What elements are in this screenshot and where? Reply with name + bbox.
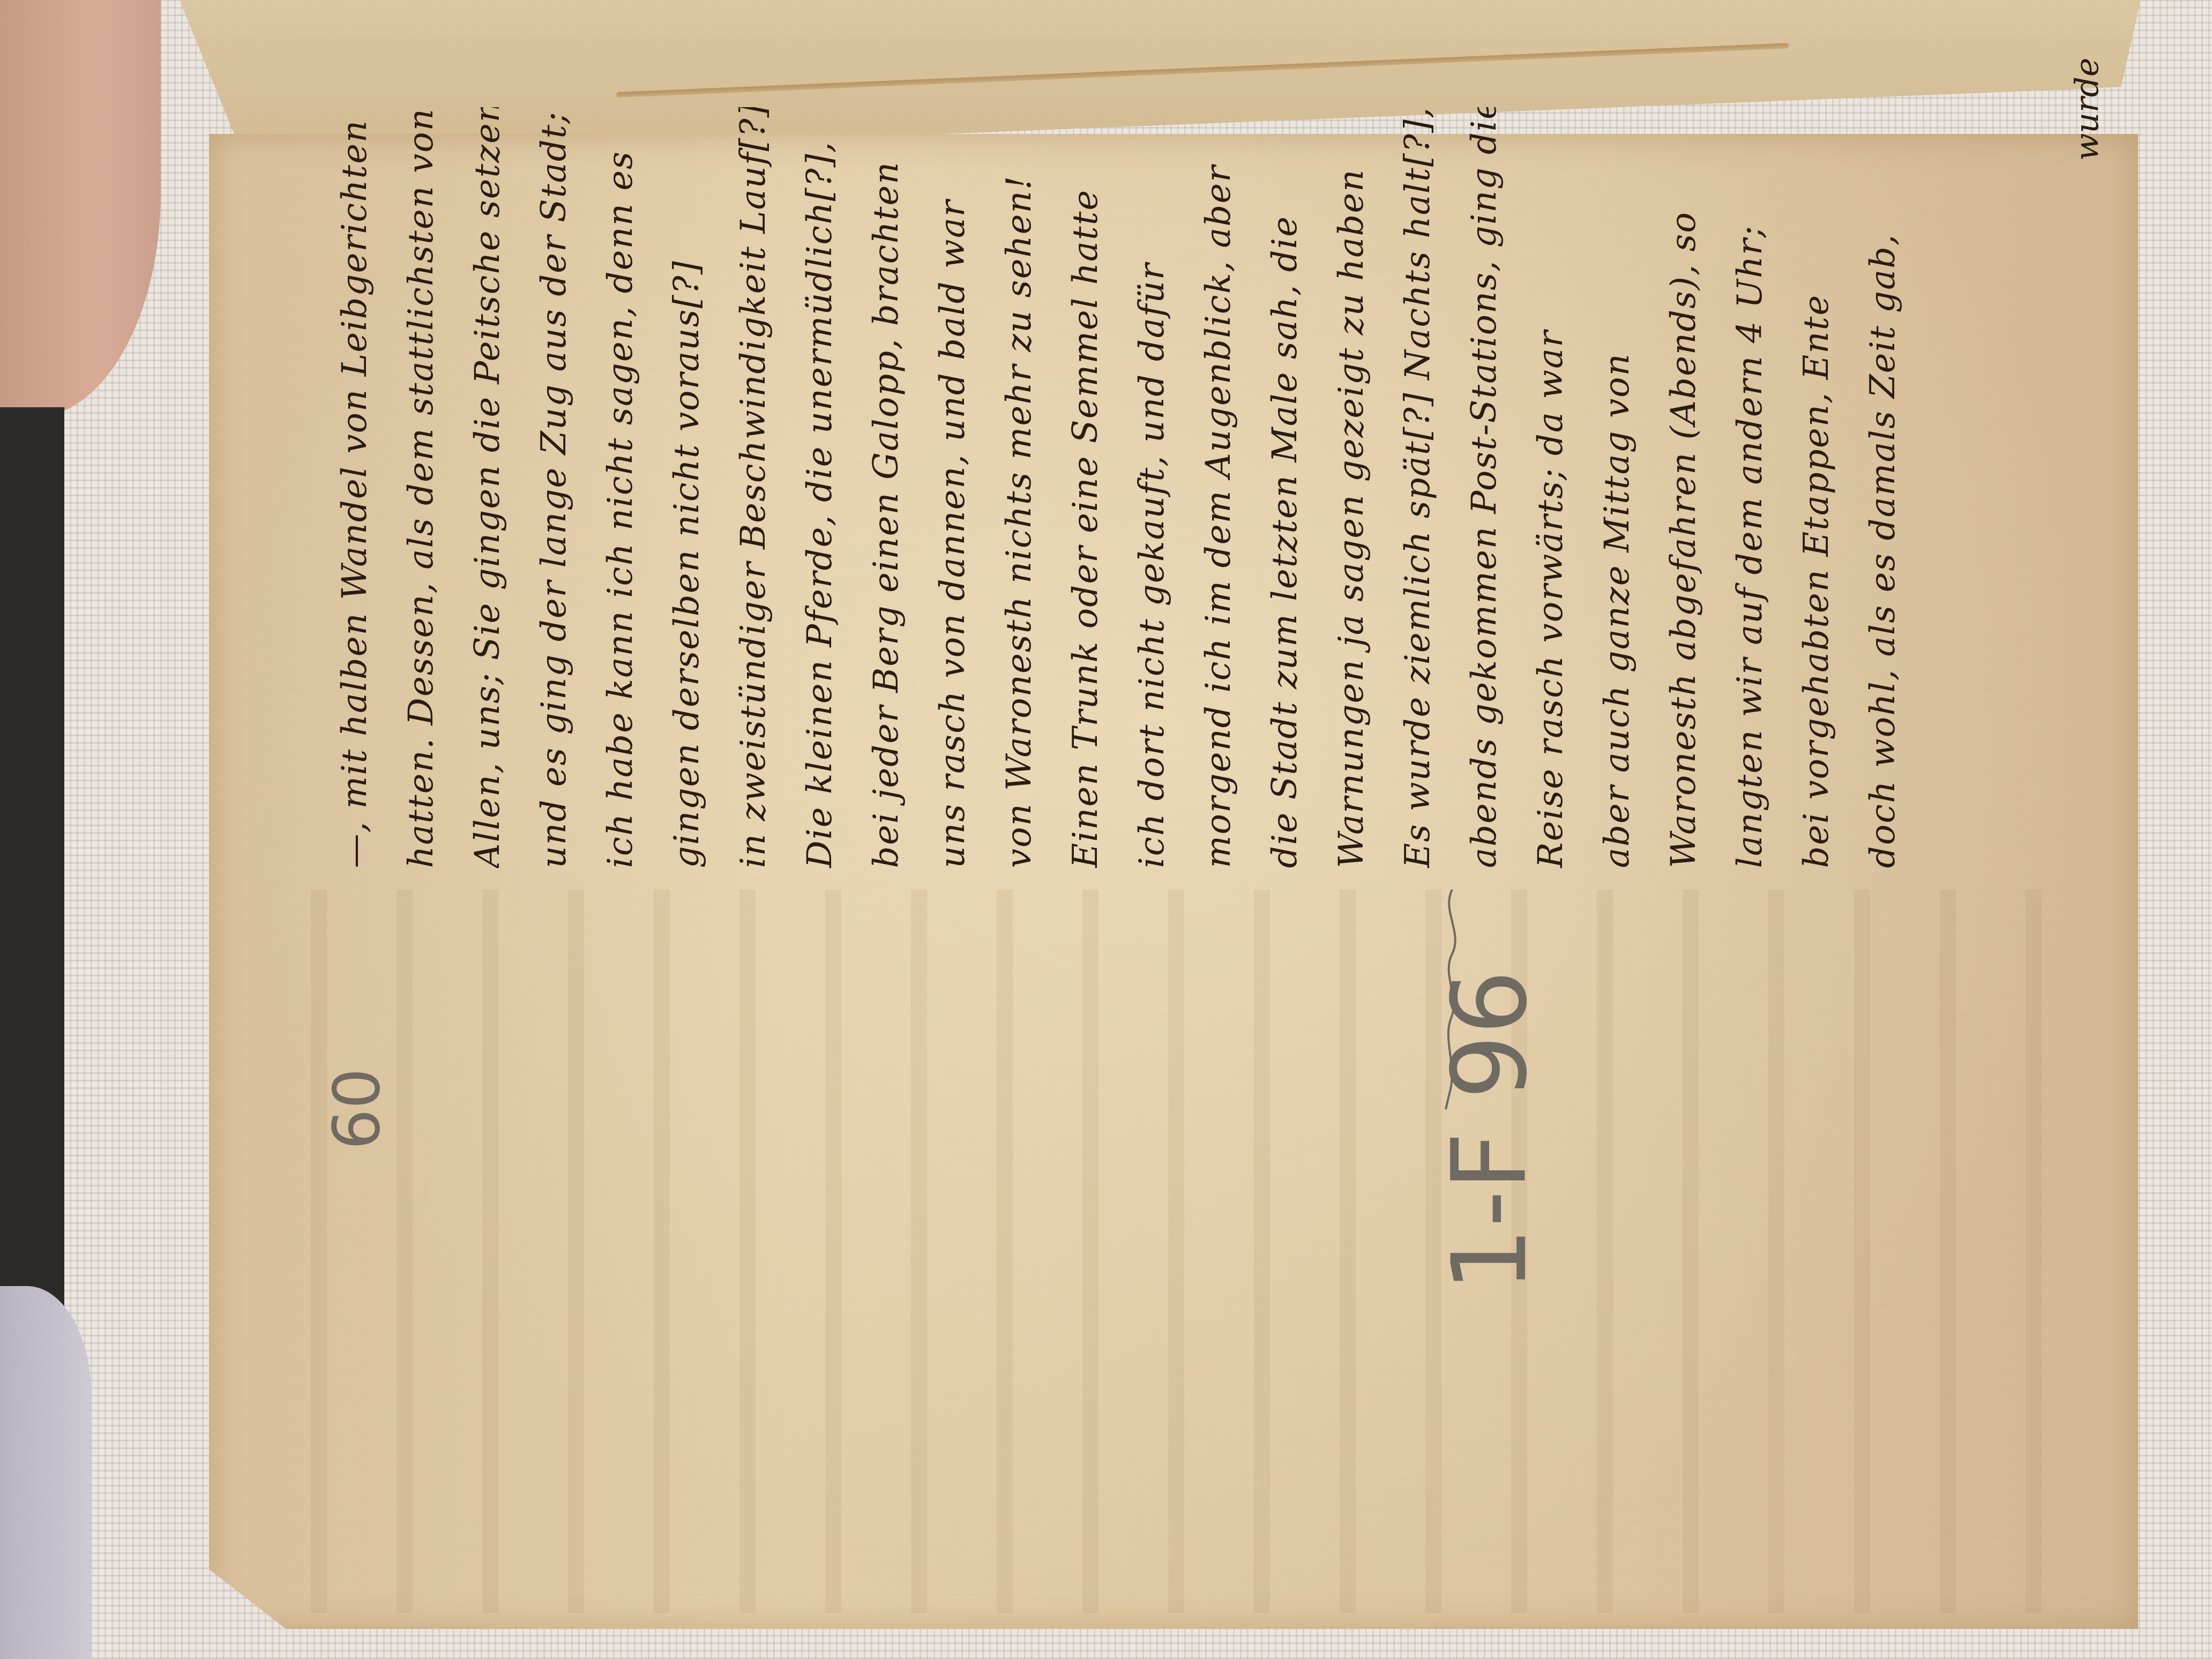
text-line: Waronesth abgefahren (Abends), so: [1650, 107, 1717, 868]
text-line: langten wir auf dem andern 4 Uhr;: [1717, 107, 1783, 868]
pencil-wavy-line-icon: [1436, 890, 1468, 1115]
dark-surface: [0, 407, 64, 1318]
pencil-folio-number: 60: [320, 1068, 394, 1150]
text-line: abends gekommen Post-Stations, ging die: [1451, 107, 1518, 868]
bleed-through-text: [252, 890, 2101, 1613]
text-line: Es wurde ziemlich spät[?] Nachts halt[?]…: [1385, 107, 1451, 868]
text-line: und es ging der lange Zug aus der Stadt;: [521, 107, 587, 868]
text-line: morgend ich im dem Augenblick, aber: [1185, 107, 1252, 868]
text-line: aber auch ganze Mittag von: [1584, 107, 1650, 868]
text-line: die Stadt zum letzten Male sah, die: [1252, 107, 1318, 868]
text-line: uns rasch von dannen, und bald war: [920, 107, 986, 868]
text-line: Warnungen ja sagen gezeigt zu haben: [1318, 107, 1385, 868]
text-line: in zweistündiger Beschwindigkeit Lauf[?]: [720, 107, 787, 868]
text-line: Einen Trunk oder eine Semmel hatte: [1052, 107, 1119, 868]
text-line: Allen, uns; Sie gingen die Peitsche setz…: [454, 107, 521, 868]
handwritten-text-block: —, mit halben Wandel von Leibgerichten h…: [322, 107, 2090, 868]
text-line: bei jeder Berg einen Galopp, brachten: [853, 107, 920, 868]
text-line: bei vorgehabten Etappen, Ente: [1783, 107, 1850, 868]
text-line: ich habe kann ich nicht sagen, denn es: [587, 107, 654, 868]
text-line: Die kleinen Pferde, die unermüdlich[?],: [787, 107, 853, 868]
text-line: gingen derselben nicht voraus[?]: [654, 107, 720, 868]
text-line: von Waronesth nichts mehr zu sehen!: [986, 107, 1052, 868]
text-line: Reise rasch vorwärts; da war: [1518, 107, 1584, 868]
text-line: —, mit halben Wandel von Leibgerichten: [322, 107, 388, 868]
text-line: hatten. Dessen, als dem stattlichsten vo…: [388, 107, 454, 868]
text-line: ich dort nicht gekauft, und dafür: [1119, 107, 1185, 868]
text-line: doch wohl, als es damals Zeit gab,: [1850, 107, 1916, 868]
closing-word: wurde: [2068, 57, 2106, 161]
sleeve-fabric: [0, 1286, 91, 1659]
